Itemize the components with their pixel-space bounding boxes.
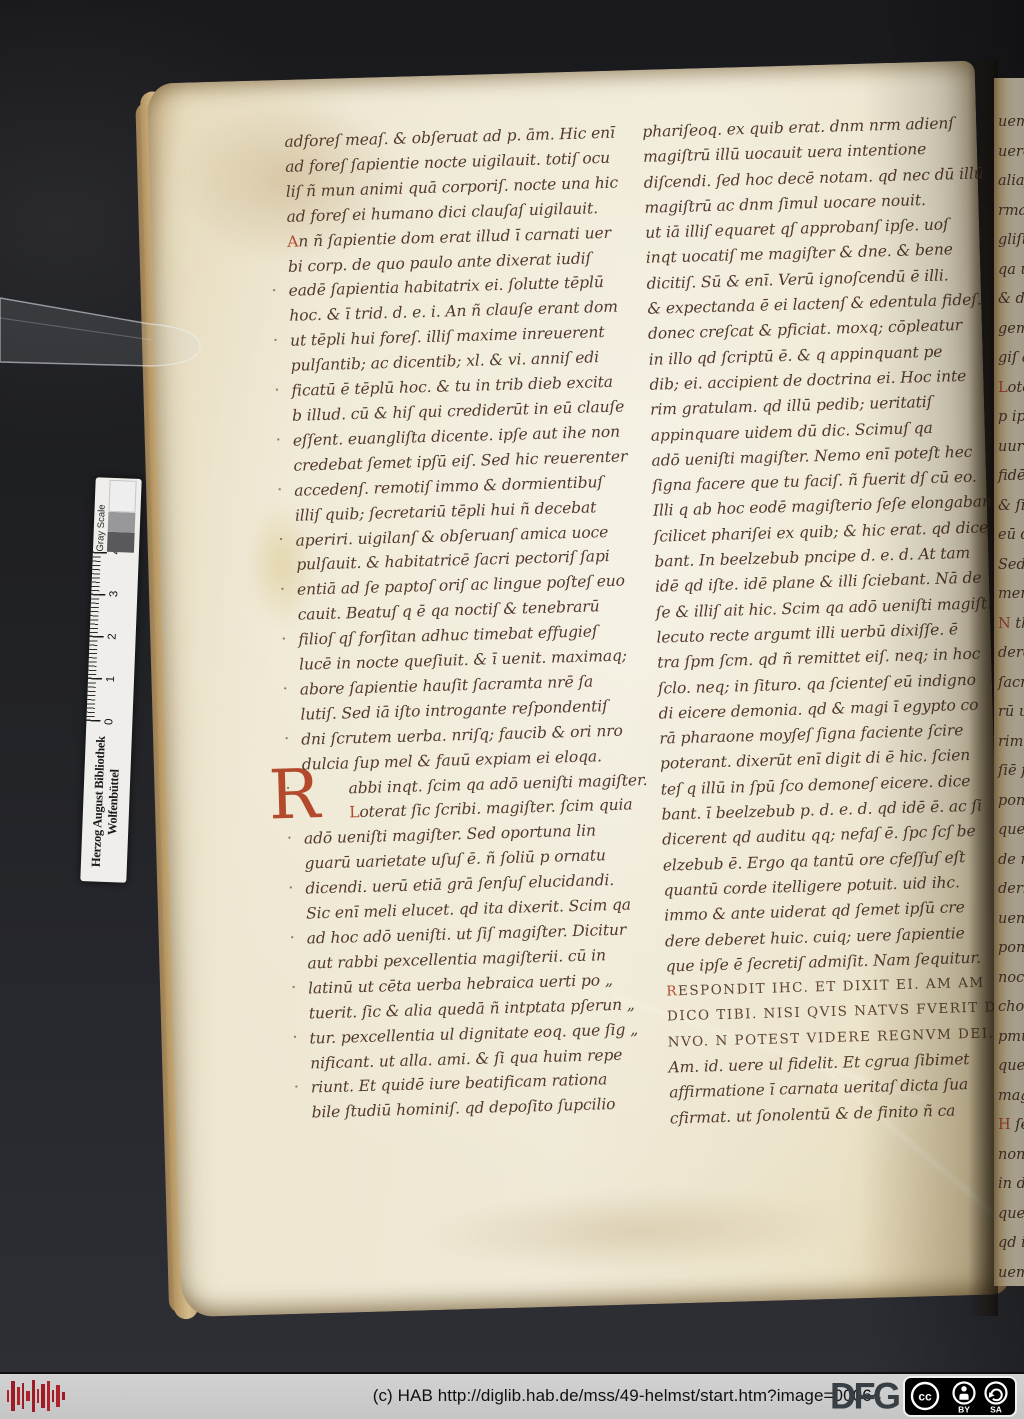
manuscript-line-fragment: ueniſti — [998, 905, 1024, 935]
manuscript-line-fragment: Sed iā — [998, 551, 1024, 581]
manuscript-line-fragment: uem — [998, 108, 1024, 138]
manuscript-line-fragment: uur — [998, 433, 1024, 463]
manuscript-line-fragment: aliaſ r — [998, 167, 1024, 197]
manuscript-line-fragment: in die fe — [998, 1170, 1024, 1200]
manuscript-line-fragment: eū di — [998, 521, 1024, 551]
by-label: BY — [958, 1405, 970, 1415]
manuscript-line-fragment: uero q — [998, 138, 1024, 168]
text-column-right: phariſeoq. ex quib erat. dnm nrm adienſm… — [642, 111, 992, 1131]
gray-patch-row — [107, 478, 137, 553]
ruler-number: 3 — [108, 591, 120, 598]
manuscript-line-fragment: rim p — [998, 728, 1024, 758]
manuscript-line-fragment: magna — [998, 1082, 1024, 1112]
ruler-number: 0 — [103, 718, 115, 725]
gray-patch-dark — [107, 532, 135, 553]
cc-license-badge: cc BY SA — [903, 1376, 1017, 1417]
manuscript-line-fragment: noctē i — [998, 964, 1024, 994]
manuscript-line-fragment: mem — [998, 580, 1024, 610]
manuscript-line-fragment: & ſic — [998, 492, 1024, 522]
manuscript-line-fragment: ſiē ſed — [998, 757, 1024, 787]
manuscript-page: R adforeſ meaſ. & obſeruat ad p. ām. Hic… — [147, 61, 1009, 1318]
barcode-bar — [41, 1384, 45, 1408]
barcode-bar — [32, 1380, 35, 1412]
manuscript-line-fragment: derit — [998, 875, 1024, 905]
barcode-bar — [47, 1381, 50, 1411]
manuscript-line-fragment: pmū ab — [998, 1023, 1024, 1053]
barcode-bar — [11, 1381, 15, 1411]
manuscript-line-fragment: rma c — [998, 197, 1024, 227]
manuscript-line-fragment: giſ a — [998, 344, 1024, 374]
manuscript-line-fragment: N th qſ — [998, 610, 1024, 640]
photo-stage: R adforeſ meaſ. & obſeruat ad p. ām. Hic… — [0, 0, 1024, 1372]
ruler-scale: 01234 — [86, 553, 138, 723]
barcode-bar — [37, 1389, 39, 1403]
manuscript-line-fragment: de m — [998, 846, 1024, 876]
manuscript-line-fragment: queſt — [998, 816, 1024, 846]
manuscript-line-fragment: non def — [998, 1141, 1024, 1171]
manuscript-line-fragment: qd ipſe — [998, 1229, 1024, 1259]
next-page-edge: uemuero qaliaſ rrma cgliſtaqa ui& dugemg… — [994, 78, 1024, 1286]
color-calibration-barcode — [7, 1379, 65, 1413]
manuscript-line-fragment: pond — [998, 787, 1024, 817]
gray-scale-ruler: Herzog August Bibliothek Wolfenbüttel 01… — [80, 477, 141, 882]
dfg-logo: DFG — [830, 1374, 899, 1418]
barcode-bar — [17, 1387, 20, 1405]
manuscript-line-fragment: & du — [998, 285, 1024, 315]
manuscript-line-fragment: gliſta — [998, 226, 1024, 256]
barcode-bar — [26, 1391, 30, 1401]
barcode-bar — [62, 1392, 65, 1400]
manuscript-line-fragment: Lotē — [998, 374, 1024, 404]
manuscript-line-fragment: gem — [998, 315, 1024, 345]
manuscript-line-fragment: quetam — [998, 1052, 1024, 1082]
page-holder-strip — [0, 286, 226, 382]
manuscript-line-fragment: ſacram — [998, 669, 1024, 699]
manuscript-line-fragment: qa ui — [998, 256, 1024, 286]
manuscript-line-fragment: uemu — [998, 1259, 1024, 1287]
manuscript-book: R adforeſ meaſ. & obſeruat ad p. ām. Hic… — [133, 52, 1016, 1333]
barcode-bar — [7, 1390, 9, 1402]
manuscript-line-fragment: rū uē — [998, 698, 1024, 728]
gray-patch-mid — [108, 512, 136, 533]
manuscript-line-fragment: ponſio — [998, 934, 1024, 964]
ruler-number: 2 — [107, 633, 119, 640]
gray-scale-patches: Gray Scale — [93, 477, 142, 555]
cc-by-sa-icons: cc BY SA — [905, 1378, 1015, 1415]
manuscript-line-fragment: p ipſ — [998, 403, 1024, 433]
ruler-number: 1 — [105, 676, 117, 683]
manuscript-line-fragment: choden — [998, 993, 1024, 1023]
manuscript-line-fragment: que fac — [998, 1200, 1024, 1230]
barcode-bar — [22, 1383, 24, 1409]
digitized-manuscript-screenshot: R adforeſ meaſ. & obſeruat ad p. ām. Hic… — [0, 0, 1024, 1419]
text-column-left: adforeſ meaſ. & obſeruat ad p. ām. Hic e… — [284, 120, 664, 1126]
gray-patch-light — [108, 480, 136, 513]
institution-label: Herzog August Bibliothek Wolfenbüttel — [80, 721, 132, 883]
barcode-bar — [56, 1385, 60, 1407]
sa-label: SA — [990, 1405, 1002, 1415]
manuscript-line-fragment: fidē — [998, 462, 1024, 492]
by-person-icon — [954, 1383, 975, 1404]
parchment-stain — [418, 1185, 850, 1277]
barcode-bar — [52, 1390, 54, 1402]
manuscript-line-fragment: derett — [998, 639, 1024, 669]
footer-bar: (c) HAB http://diglib.hab.de/mss/49-helm… — [0, 1374, 1024, 1419]
ruler-content: Herzog August Bibliothek Wolfenbüttel 01… — [80, 477, 141, 882]
ruler-numbers: 01234 — [103, 548, 122, 725]
manuscript-line-fragment: H ſe pm — [998, 1111, 1024, 1141]
svg-text:cc: cc — [918, 1390, 932, 1404]
